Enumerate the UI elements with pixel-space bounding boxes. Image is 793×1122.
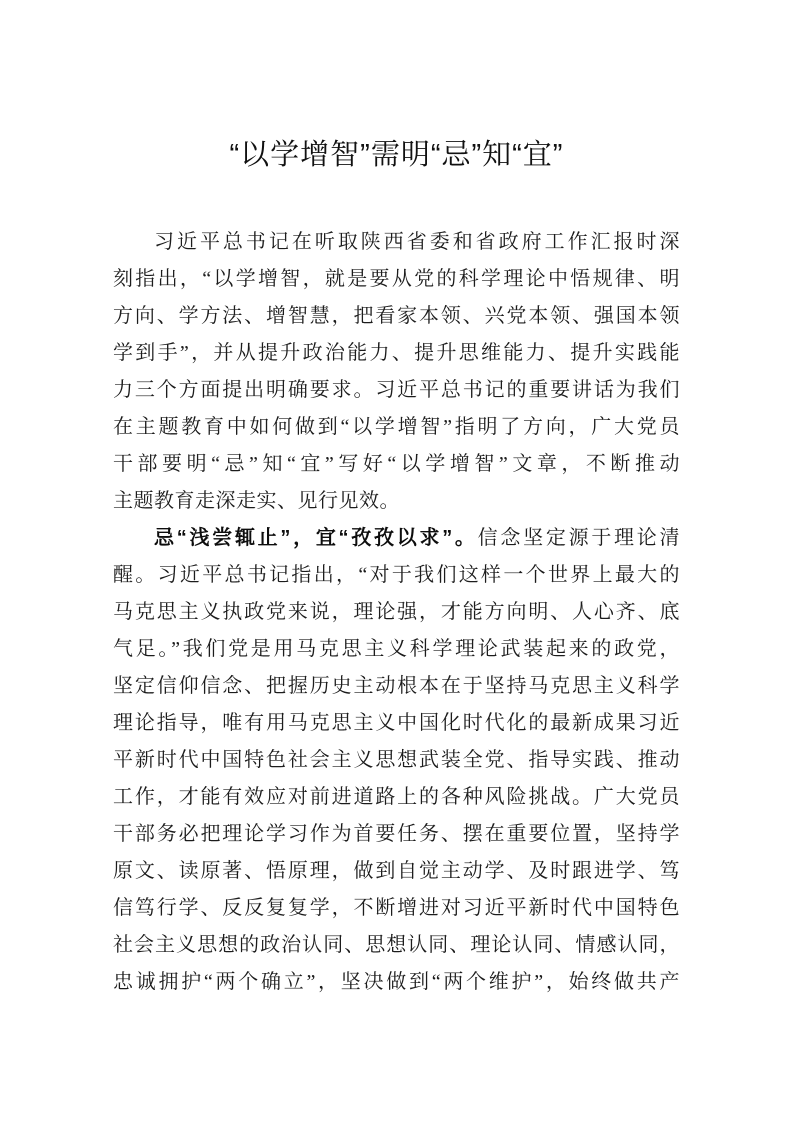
text-line: 习近平总书记在听取陕西省委和省政府工作汇报时深 [113,224,680,261]
text-line: 坚定信仰信念、把握历史主动根本在于坚持马克思主义科学 [113,668,680,705]
text-line: 原文、读原著、悟原理，做到自觉主动学、及时跟进学、笃 [113,853,680,890]
text-line: 干部务必把理论学习作为首要任务、摆在重要位置，坚持学 [113,816,680,853]
paragraph: 忌“浅尝辄止”，宜“孜孜以求”。信念坚定源于理论清醒。习近平总书记指出，“对于我… [113,520,680,1001]
text-column: “以学增智”需明“忌”知“宜” 习近平总书记在听取陕西省委和省政府工作汇报时深刻… [113,138,680,1001]
text-segment: 在主题教育中如何做到“以学增智”指明了方向，广大党员 [113,416,680,438]
text-line: 刻指出，“以学增智，就是要从党的科学理论中悟规律、明 [113,261,680,298]
text-line: 方向、学方法、增智慧，把看家本领、兴党本领、强国本领 [113,298,680,335]
text-segment: 习近平总书记在听取陕西省委和省政府工作汇报时深 [154,231,680,253]
text-segment: 刻指出，“以学增智，就是要从党的科学理论中悟规律、明 [113,268,680,290]
text-line: 主题教育走深走实、见行见效。 [113,483,680,520]
text-segment: 主题教育走深走实、见行见效。 [113,490,400,512]
text-segment: 坚定信仰信念、把握历史主动根本在于坚持马克思主义科学 [113,675,680,697]
text-segment: 平新时代中国特色社会主义思想武装全党、指导实践、推动 [113,749,680,771]
text-segment: 马克思主义执政党来说，理论强，才能方向明、人心齐、底 [113,601,680,623]
text-segment: 学到手”，并从提升政治能力、提升思维能力、提升实践能 [113,342,680,364]
text-line: 理论指导，唯有用马克思主义中国化时代化的最新成果习近 [113,705,680,742]
text-line: 忌“浅尝辄止”，宜“孜孜以求”。信念坚定源于理论清 [113,520,680,557]
text-segment: 忠诚拥护“两个确立”，坚决做到“两个维护”，始终做共产 [113,971,680,993]
text-line: 在主题教育中如何做到“以学增智”指明了方向，广大党员 [113,409,680,446]
text-line: 学到手”，并从提升政治能力、提升思维能力、提升实践能 [113,335,680,372]
text-line: 社会主义思想的政治认同、思想认同、理论认同、情感认同， [113,927,680,964]
text-segment: 原文、读原著、悟原理，做到自觉主动学、及时跟进学、笃 [113,860,680,882]
text-line: 忠诚拥护“两个确立”，坚决做到“两个维护”，始终做共产 [113,964,680,1001]
text-segment: 信念坚定源于理论清 [478,527,680,549]
text-segment: 工作，才能有效应对前进道路上的各种风险挑战。广大党员 [113,786,680,808]
bold-lead-text: 忌“浅尝辄止”，宜“孜孜以求”。 [154,527,478,549]
document-page: “以学增智”需明“忌”知“宜” 习近平总书记在听取陕西省委和省政府工作汇报时深刻… [0,0,793,1122]
text-line: 力三个方面提出明确要求。习近平总书记的重要讲话为我们 [113,372,680,409]
text-line: 气足。”我们党是用马克思主义科学理论武装起来的政党， [113,631,680,668]
text-line: 醒。习近平总书记指出，“对于我们这样一个世界上最大的 [113,557,680,594]
text-segment: 方向、学方法、增智慧，把看家本领、兴党本领、强国本领 [113,305,680,327]
document-body: 习近平总书记在听取陕西省委和省政府工作汇报时深刻指出，“以学增智，就是要从党的科… [113,224,680,1001]
text-line: 干部要明“忌”知“宜”写好“以学增智”文章，不断推动 [113,446,680,483]
text-segment: 力三个方面提出明确要求。习近平总书记的重要讲话为我们 [113,379,680,401]
text-segment: 理论指导，唯有用马克思主义中国化时代化的最新成果习近 [113,712,680,734]
text-line: 平新时代中国特色社会主义思想武装全党、指导实践、推动 [113,742,680,779]
text-segment: 信笃行学、反反复复学，不断增进对习近平新时代中国特色 [113,897,680,919]
text-segment: 气足。”我们党是用马克思主义科学理论武装起来的政党， [113,638,680,660]
text-segment: 醒。习近平总书记指出，“对于我们这样一个世界上最大的 [113,564,680,586]
paragraph: 习近平总书记在听取陕西省委和省政府工作汇报时深刻指出，“以学增智，就是要从党的科… [113,224,680,520]
text-segment: 干部要明“忌”知“宜”写好“以学增智”文章，不断推动 [113,453,680,475]
text-line: 马克思主义执政党来说，理论强，才能方向明、人心齐、底 [113,594,680,631]
document-title: “以学增智”需明“忌”知“宜” [113,138,680,172]
text-line: 工作，才能有效应对前进道路上的各种风险挑战。广大党员 [113,779,680,816]
text-segment: 干部务必把理论学习作为首要任务、摆在重要位置，坚持学 [113,823,680,845]
text-line: 信笃行学、反反复复学，不断增进对习近平新时代中国特色 [113,890,680,927]
text-segment: 社会主义思想的政治认同、思想认同、理论认同、情感认同， [113,934,680,956]
